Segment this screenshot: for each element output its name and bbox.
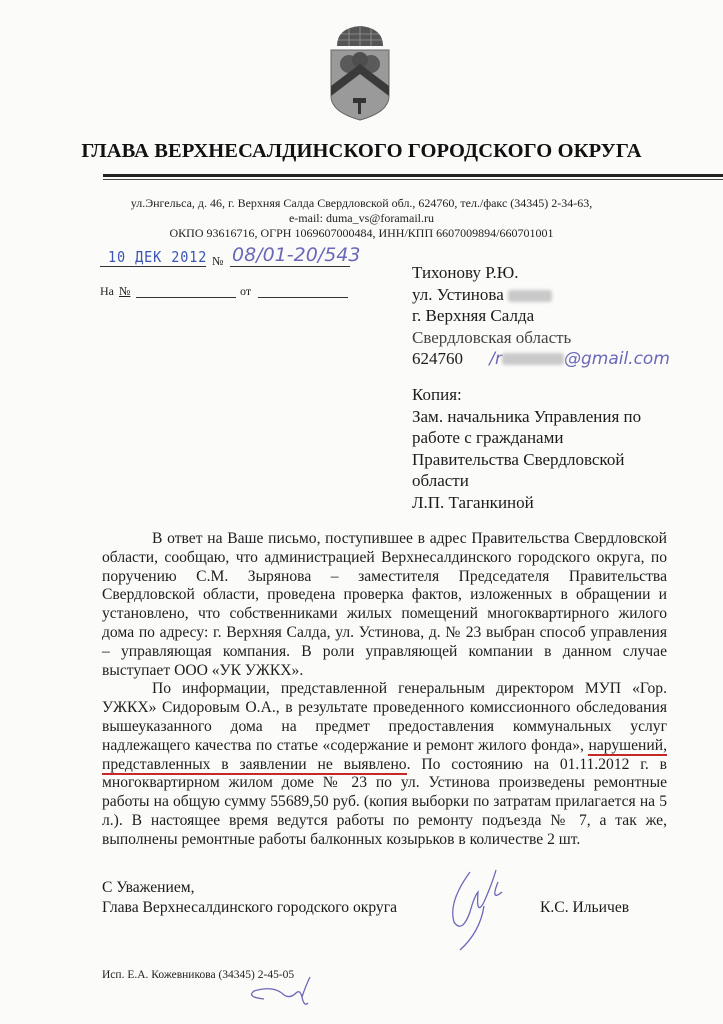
date-stamp: 10 ДЕК 2012 (108, 248, 207, 266)
redacted-email (502, 353, 564, 365)
recipient-region: Свердловская область (412, 327, 670, 349)
recipient-block: Тихонову Р.Ю. ул. Устинова г. Верхняя Са… (412, 262, 670, 371)
copy-block: Копия: Зам. начальника Управления по раб… (412, 384, 641, 513)
recipient-name: Тихонову Р.Ю. (412, 262, 670, 284)
paragraph-2: По информации, представленной генеральны… (102, 680, 667, 849)
divider (103, 174, 723, 177)
reply-number-label: № (119, 284, 130, 299)
recipient-postcode: 624760 (412, 349, 463, 368)
copy-line: работе с гражданами (412, 427, 641, 449)
redacted-house (508, 290, 552, 302)
codes-line: ОКПО 93616716, ОГРН 1069607000484, ИНН/К… (0, 226, 723, 241)
date-line (100, 266, 206, 267)
recipient-city: г. Верхняя Салда (412, 305, 670, 327)
coat-of-arms-icon (327, 20, 393, 124)
paragraph-1: В ответ на Ваше письмо, поступившее в ад… (102, 530, 667, 680)
letterhead-title: ГЛАВА ВЕРХНЕСАЛДИНСКОГО ГОРОДСКОГО ОКРУГ… (0, 140, 723, 163)
reply-number-line (136, 297, 236, 298)
initials-icon (244, 975, 314, 1009)
copy-line: области (412, 470, 641, 492)
signer-position: Глава Верхнесалдинского городского округ… (102, 898, 397, 918)
number-label: № (212, 254, 223, 269)
signature-icon (440, 862, 520, 952)
copy-line: Зам. начальника Управления по (412, 406, 641, 428)
from-line (258, 297, 348, 298)
from-label: от (240, 284, 251, 299)
letter-body: В ответ на Ваше письмо, поступившее в ад… (102, 530, 667, 850)
closing: С Уважением, (102, 878, 195, 898)
copy-line: Л.П. Таганкиной (412, 492, 641, 514)
email-line: e-mail: duma_vs@foramail.ru (0, 211, 723, 226)
copy-line: Правительства Свердловской (412, 449, 641, 471)
recipient-street: ул. Устинова (412, 284, 670, 306)
number-line (230, 266, 350, 267)
recipient-email: @gmail.com (564, 349, 670, 369)
address-line: ул.Энгельса, д. 46, г. Верхняя Салда Све… (0, 196, 723, 211)
signer-name: К.С. Ильичев (540, 898, 629, 918)
recipient-postcode-row: 624760 /r@gmail.com (412, 348, 670, 371)
outgoing-number: 08/01-20/543 (232, 244, 360, 266)
reply-to-label: На (100, 284, 114, 299)
copy-label: Копия: (412, 384, 641, 406)
divider (103, 179, 723, 180)
